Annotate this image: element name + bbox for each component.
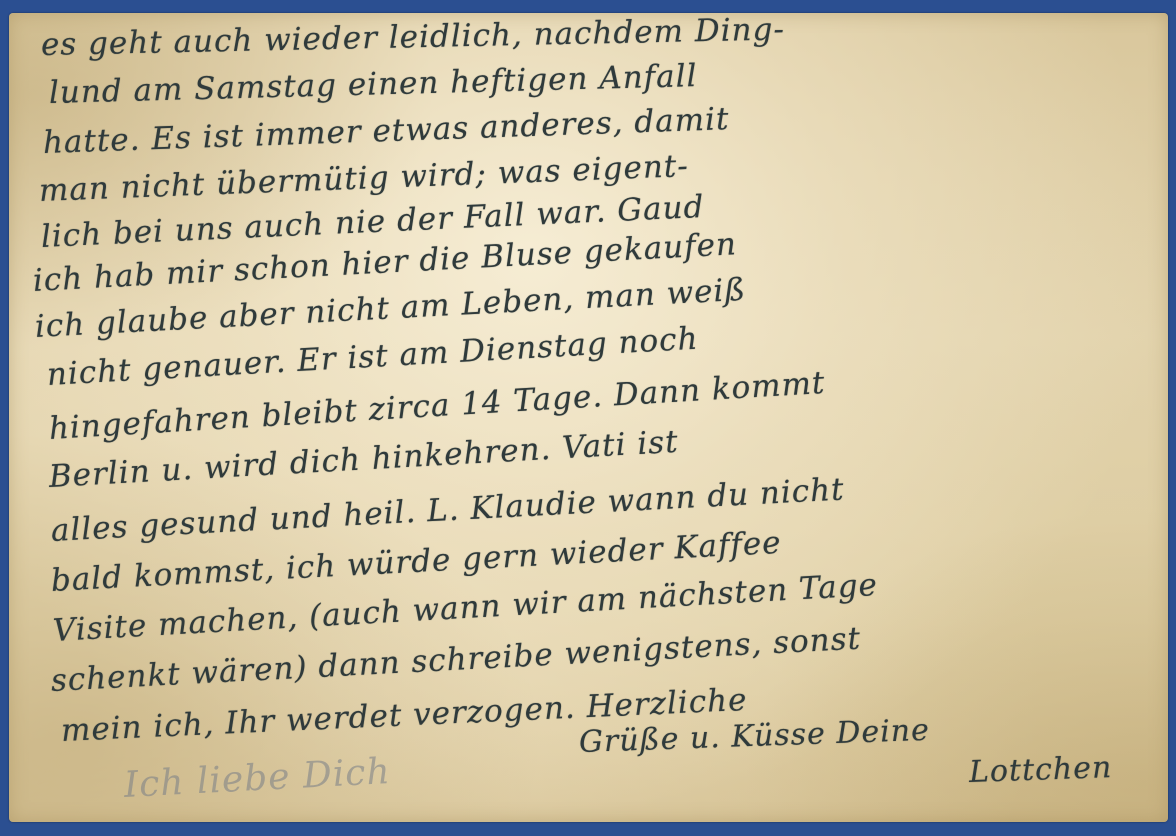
closing-signature: Lottchen — [968, 750, 1112, 790]
faint-pencil-note: Ich liebe Dich — [123, 751, 392, 806]
text-line-1: es geht auch wieder leidlich, nachdem Di… — [41, 13, 786, 63]
postcard: es geht auch wieder leidlich, nachdem Di… — [9, 13, 1168, 822]
text-line-2: lund am Samstag einen heftigen Anfall — [49, 58, 698, 111]
